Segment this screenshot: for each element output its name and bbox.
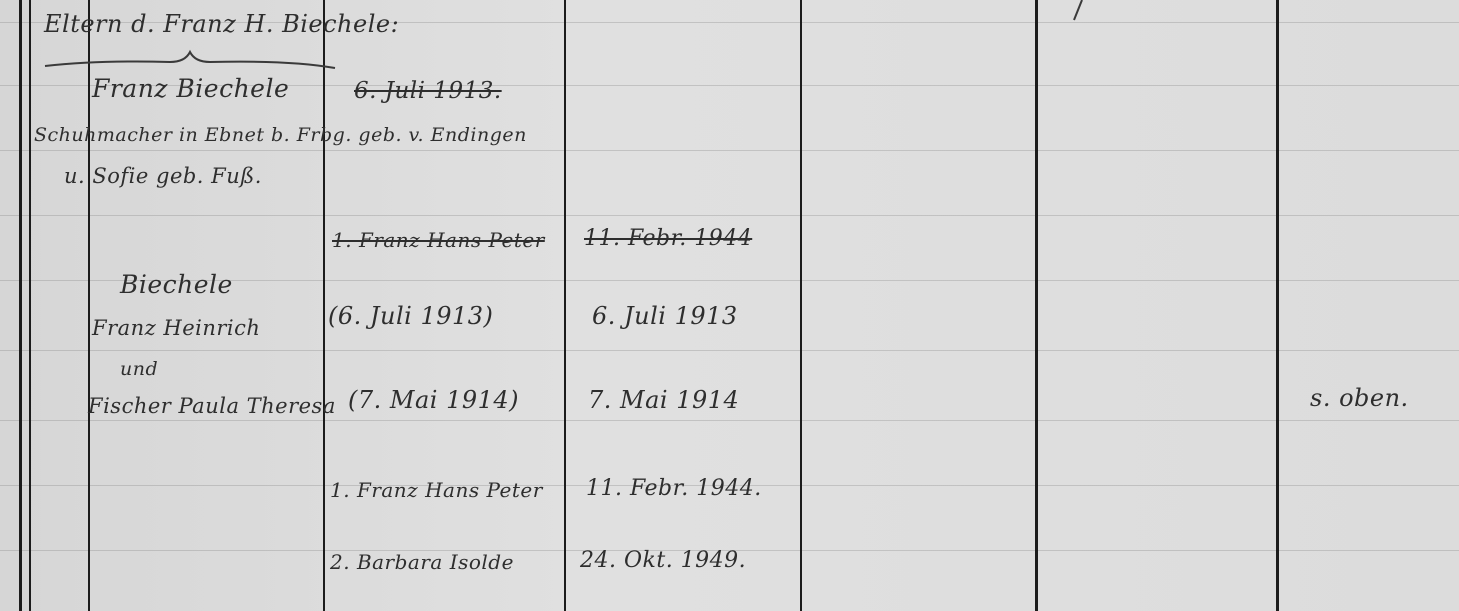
pen-stroke — [1068, 0, 1088, 26]
column-divider — [323, 0, 325, 611]
register-page: Eltern d. Franz H. Biechele: Franz Biech… — [0, 0, 1459, 611]
entry-date: 7. Mai 1914 — [588, 386, 739, 414]
entry-label: 1. Franz Hans Peter — [332, 228, 545, 252]
rule-line — [0, 420, 1459, 421]
column-divider — [88, 0, 90, 611]
father-name: Franz Biechele — [92, 74, 289, 103]
column-divider — [564, 0, 566, 611]
entry-date: 24. Okt. 1949. — [580, 548, 746, 573]
column-divider — [19, 0, 22, 611]
column-divider — [1276, 0, 1279, 611]
entry-label: (6. Juli 1913) — [328, 302, 493, 330]
rule-line — [0, 150, 1459, 151]
rule-line — [0, 350, 1459, 351]
conjunction: und — [120, 358, 158, 380]
remark: s. oben. — [1310, 384, 1409, 412]
surname: Biechele — [120, 270, 233, 299]
entry-date: 11. Febr. 1944 — [584, 226, 752, 251]
entry-date: 11. Febr. 1944. — [586, 476, 762, 501]
column-divider — [800, 0, 802, 611]
brace-icon — [40, 48, 340, 74]
husband-name: Franz Heinrich — [92, 316, 260, 340]
struck-date: 6. Juli 1913. — [354, 78, 502, 104]
rule-line — [0, 215, 1459, 216]
mother-line: u. Sofie geb. Fuß. — [64, 164, 262, 188]
column-divider — [29, 0, 31, 611]
entry-label: (7. Mai 1914) — [348, 386, 519, 414]
parents-heading: Eltern d. Franz H. Biechele: — [44, 10, 399, 38]
occupation-line: Schuhmacher in Ebnet b. Frbg. geb. v. En… — [34, 124, 527, 146]
entry-label: 2. Barbara Isolde — [330, 550, 514, 574]
wife-name: Fischer Paula Theresa — [88, 394, 336, 418]
entry-label: 1. Franz Hans Peter — [330, 478, 543, 502]
entry-date: 6. Juli 1913 — [592, 302, 738, 330]
column-divider — [1035, 0, 1038, 611]
